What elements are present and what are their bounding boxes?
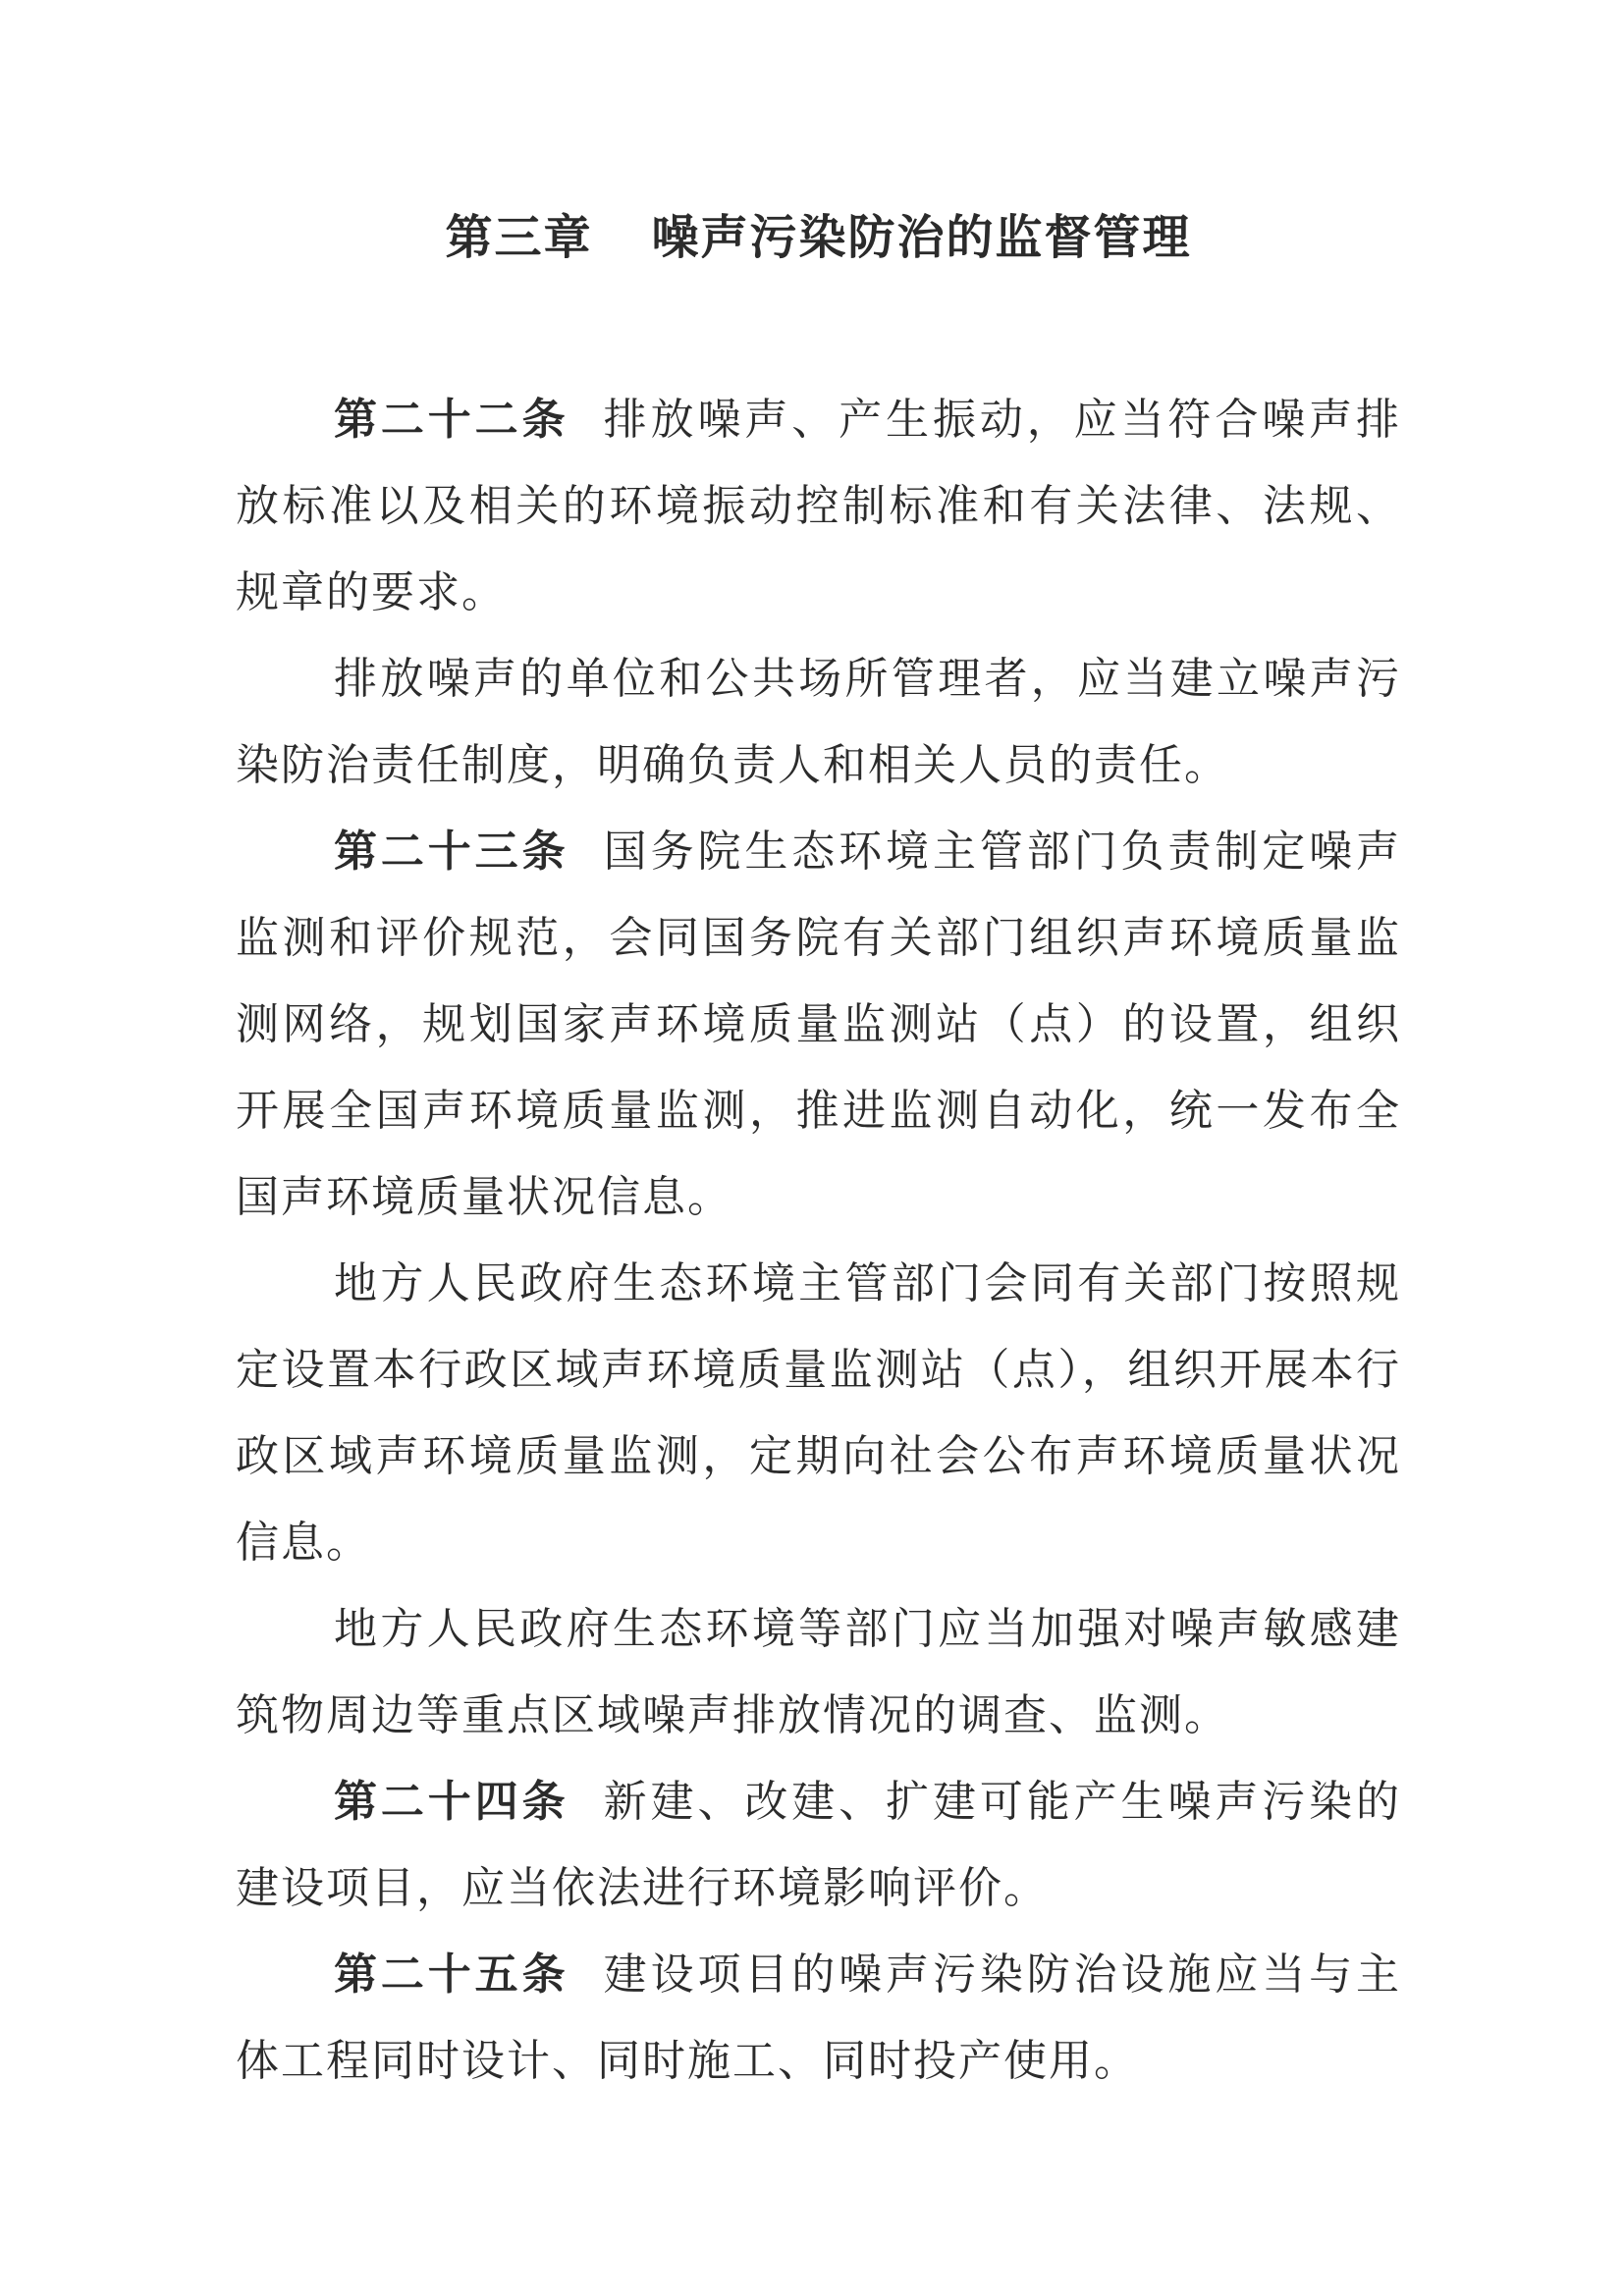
article-number: 第二十五条 <box>334 1949 568 2000</box>
paragraph-text: 排放噪声的单位和公共场所管理者，应当建立噪声污染防治责任制度，明确负责人和相关人… <box>236 654 1401 790</box>
article-paragraph: 地方人民政府生态环境主管部门会同有关部门按照规定设置本行政区域声环境质量监测站（… <box>236 1241 1401 1586</box>
article-paragraph: 排放噪声的单位和公共场所管理者，应当建立噪声污染防治责任制度，明确负责人和相关人… <box>236 636 1401 809</box>
paragraph-text: 地方人民政府生态环境等部门应当加强对噪声敏感建筑物周边等重点区域噪声排放情况的调… <box>236 1604 1401 1740</box>
paragraph-text: 国务院生态环境主管部门负责制定噪声监测和评价规范，会同国务院有关部门组织声环境质… <box>236 827 1401 1222</box>
chapter-title: 噪声污染防治的监督管理 <box>652 210 1192 265</box>
article-paragraph: 第二十二条排放噪声、产生振动，应当符合噪声排放标准以及相关的环境振动控制标准和有… <box>236 377 1401 636</box>
document-body: 第二十二条排放噪声、产生振动，应当符合噪声排放标准以及相关的环境振动控制标准和有… <box>236 377 1401 2105</box>
article-paragraph: 第二十四条新建、改建、扩建可能产生噪声污染的建设项目，应当依法进行环境影响评价。 <box>236 1759 1401 1932</box>
chapter-heading: 第三章噪声污染防治的监督管理 <box>236 208 1401 267</box>
chapter-number: 第三章 <box>445 210 592 265</box>
article-paragraph: 第二十三条国务院生态环境主管部门负责制定噪声监测和评价规范，会同国务院有关部门组… <box>236 809 1401 1241</box>
paragraph-text: 地方人民政府生态环境主管部门会同有关部门按照规定设置本行政区域声环境质量监测站（… <box>236 1258 1401 1568</box>
article-number: 第二十四条 <box>334 1777 568 1827</box>
article-number: 第二十三条 <box>334 827 568 877</box>
article-number: 第二十二条 <box>334 395 568 445</box>
article-paragraph: 地方人民政府生态环境等部门应当加强对噪声敏感建筑物周边等重点区域噪声排放情况的调… <box>236 1586 1401 1759</box>
article-paragraph: 第二十五条建设项目的噪声污染防治设施应当与主体工程同时设计、同时施工、同时投产使… <box>236 1932 1401 2105</box>
document-page: 第三章噪声污染防治的监督管理 第二十二条排放噪声、产生振动，应当符合噪声排放标准… <box>0 0 1624 2296</box>
